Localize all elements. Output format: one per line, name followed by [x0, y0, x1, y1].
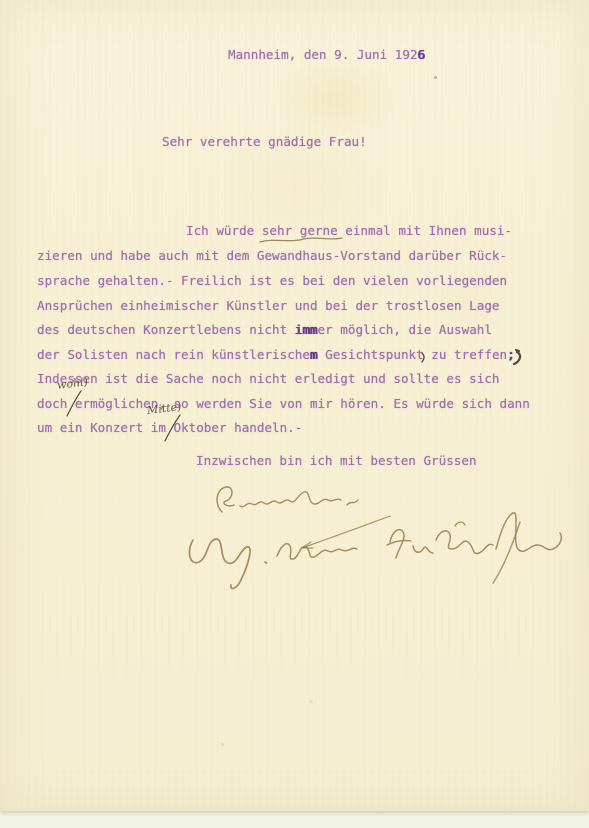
body-line-6-mid: Gesichtspunkt zu treffen [318, 347, 508, 362]
paper-speck [221, 743, 224, 746]
body-line-6: der Solisten nach rein künstlerischem Ge… [37, 347, 515, 362]
hand-semicolon-mark [512, 349, 526, 367]
hand-underline-sehr-gerne [258, 235, 344, 245]
body-line-5-pre: des deutschen Konzertlebens nicht [37, 322, 295, 337]
closing-line: Inzwischen bin ich mit besten Grüssen [196, 453, 477, 468]
date-overtyped-digit: 6 [418, 47, 426, 62]
body-line-8: doch ermöglichen, so werden Sie von mir … [37, 396, 530, 411]
salutation: Sehr verehrte gnädige Frau! [162, 134, 367, 149]
body-line-1-post: einmal mit Ihnen musi- [338, 223, 512, 238]
hand-caret-line9 [160, 413, 184, 443]
body-line-6-overtyped: m [310, 347, 318, 362]
body-line-5-post: möglich, die Auswahl [333, 322, 492, 337]
date-line: Mannheim, den 9. Juni 1926 [228, 47, 425, 62]
body-line-5-mid: er [318, 322, 333, 337]
valediction-script [217, 487, 358, 512]
body-line-6-pre: der Solisten nach rein künstlerische [37, 347, 310, 362]
paper-speck [309, 700, 313, 703]
signature-script [189, 513, 561, 589]
body-line-2: zieren und habe auch mit dem Gewandhaus-… [37, 248, 507, 263]
handwritten-signature-block [180, 470, 580, 600]
hand-caret-line8 [63, 389, 85, 419]
date-text: Mannheim, den 9. Juni 192 [228, 47, 418, 62]
body-line-1-pre: Ich würde [186, 223, 262, 238]
letter-paper: Mannheim, den 9. Juni 1926 Sehr verehrte… [0, 0, 589, 811]
body-line-4: Ansprüchen einheimischer Künstler und be… [37, 298, 500, 313]
body-line-5-overtyped: imm [295, 322, 318, 337]
paper-speck [434, 76, 437, 79]
scanned-letter: Mannheim, den 9. Juni 1926 Sehr verehrte… [0, 0, 589, 828]
body-line-5: des deutschen Konzertlebens nicht immer … [37, 322, 492, 337]
body-line-3: sprache gehalten.- Freilich ist es bei d… [37, 273, 507, 288]
hand-comma-mark [419, 351, 429, 365]
body-line-7: Indessen ist die Sache noch nicht erledi… [37, 371, 500, 386]
body-line-1: Ich würde sehr gerne einmal mit Ihnen mu… [186, 223, 512, 238]
